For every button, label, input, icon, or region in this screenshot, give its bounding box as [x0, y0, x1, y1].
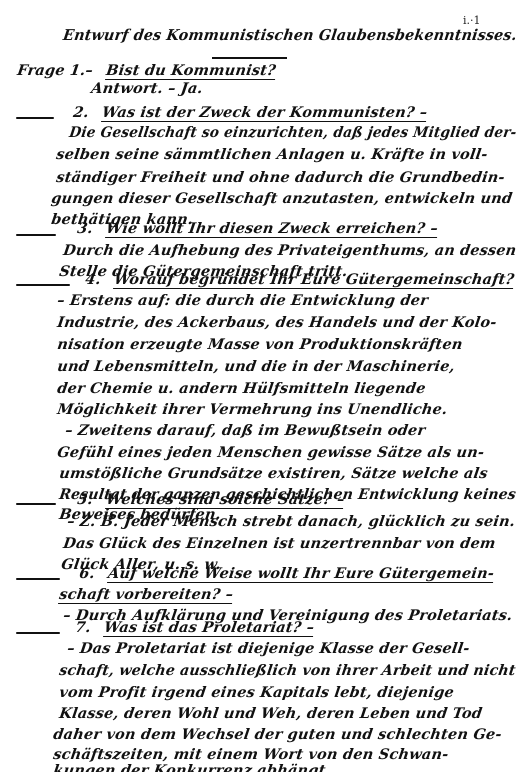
manuscript-page: Entwurf des Kommunistischen Glaubensbeke…: [0, 0, 525, 772]
answer-4-line: – Erstens auf: die durch die Entwicklung…: [56, 292, 429, 310]
question-1: Frage 1.– Bist du Kommunist?: [16, 62, 277, 80]
question-6-label: 6.: [78, 565, 96, 582]
question-5-text: Welches sind solche Sätze? –: [105, 491, 346, 509]
answer-4-line: – Zweitens darauf, daß im Bewußtsein ode…: [64, 422, 427, 440]
question-7-text: Was ist das Proletariat? –: [103, 619, 316, 637]
answer-3-line: Durch die Aufhebung des Privateigenthums…: [62, 242, 518, 260]
answer-4-line: Industrie, des Ackerbaus, des Handels un…: [56, 314, 498, 332]
question-4-text: Worauf begründet Ihr Eure Gütergemeinsch…: [113, 271, 516, 289]
answer-4-line: Gefühl eines jeden Menschen gewisse Sätz…: [56, 444, 485, 462]
question-1-text: Bist du Kommunist?: [105, 62, 277, 80]
question-7: 7. Was ist das Proletariat? –: [74, 619, 315, 637]
answer-2-line: ständiger Freiheit und ohne dadurch die …: [55, 169, 506, 187]
answer-7-line: vom Profit irgend eines Kapitals lebt, d…: [58, 684, 455, 702]
margin-dash: [16, 632, 60, 634]
question-6-continued: schaft vorbereiten? –: [58, 586, 234, 604]
answer-5-line: Das Glück des Einzelnen ist unzertrennba…: [62, 535, 497, 553]
margin-dash: [16, 284, 70, 286]
answer-7-line: daher von dem Wechsel der guten und schl…: [52, 726, 503, 744]
answer-2-line: Die Gesellschaft so einzurichten, daß je…: [68, 124, 518, 142]
question-5: 5. Welches sind solche Sätze? –: [76, 491, 346, 509]
answer-7-line: schaft, welche ausschließlich von ihrer …: [58, 662, 517, 680]
question-5-label: 5.: [76, 491, 94, 508]
question-3-label: 3.: [76, 220, 94, 237]
margin-dash: [16, 117, 54, 119]
corner-mark: i.·1: [463, 16, 475, 34]
answer-7-line: kungen der Konkurrenz abhängt.: [52, 762, 332, 772]
question-2-label: 2.: [72, 104, 90, 121]
answer-4-line: Möglichkeit ihrer Vermehrung ins Unendli…: [56, 401, 449, 419]
margin-dash: [16, 578, 60, 580]
question-6-text-cont: schaft vorbereiten? –: [58, 586, 234, 604]
answer-2-line: selben seine sämmtlichen Anlagen u. Kräf…: [55, 146, 489, 164]
question-3: 3. Wie wollt Ihr diesen Zweck erreichen?…: [76, 220, 439, 238]
answer-1-line: Antwort. – Ja.: [90, 80, 204, 98]
answer-5-line: – Z. B. Jeder Mensch strebt danach, glüc…: [66, 513, 516, 531]
question-4: 4. Worauf begründet Ihr Eure Gütergemein…: [84, 271, 515, 289]
question-2: 2. Was ist der Zweck der Kommunisten? –: [72, 104, 429, 122]
question-7-label: 7.: [74, 619, 92, 636]
question-3-text: Wie wollt Ihr diesen Zweck erreichen? –: [105, 220, 439, 238]
question-4-label: 4.: [84, 271, 102, 288]
margin-dash: [16, 503, 56, 505]
question-6: 6. Auf welche Weise wollt Ihr Eure Güter…: [78, 565, 495, 583]
question-6-text: Auf welche Weise wollt Ihr Eure Gütergem…: [107, 565, 495, 583]
answer-4-line: der Chemie u. andern Hülfsmitteln liegen…: [56, 380, 427, 398]
answer-2-line: gungen dieser Gesellschaft anzutasten, e…: [50, 190, 514, 208]
answer-7-line: Klasse, deren Wohl und Weh, deren Leben …: [58, 705, 483, 723]
answer-4-line: umstößliche Grundsätze existiren, Sätze …: [58, 465, 489, 483]
margin-dash: [16, 234, 56, 236]
answer-7-line: – Das Proletariat ist diejenige Klasse d…: [66, 640, 471, 658]
question-1-label: Frage 1.–: [16, 62, 94, 79]
title-underline: [212, 57, 287, 59]
answer-4-line: nisation erzeugte Masse von Produktionsk…: [56, 336, 464, 354]
question-2-text: Was ist der Zweck der Kommunisten? –: [101, 104, 429, 122]
document-title: Entwurf des Kommunistischen Glaubensbeke…: [62, 26, 518, 44]
answer-4-line: und Lebensmitteln, und die in der Maschi…: [56, 358, 456, 376]
